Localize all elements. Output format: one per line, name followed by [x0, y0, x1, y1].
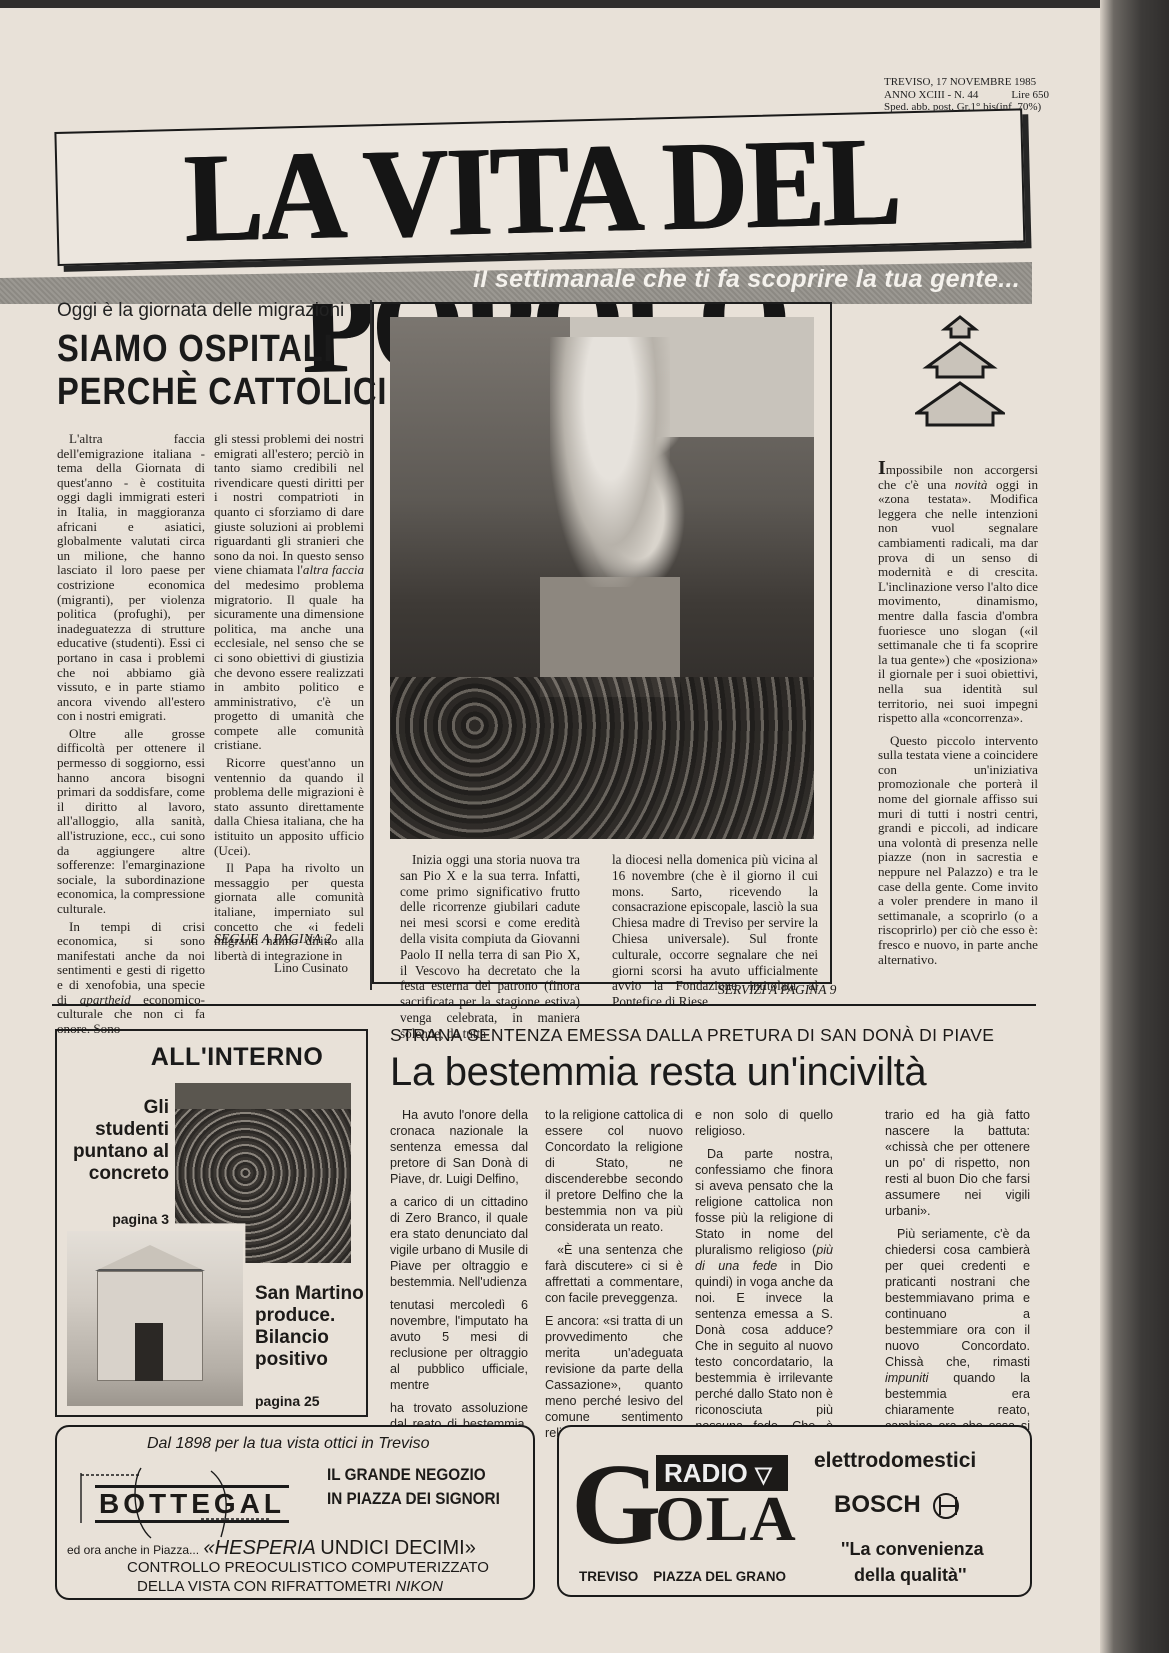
- continued-link[interactable]: SEGUE A PAGINA 2: [214, 932, 332, 948]
- statue-crowd-photo: [390, 317, 814, 839]
- lead-headline-line1: SIAMO OSPITALI: [57, 328, 324, 371]
- hesperia-line: ed ora anche in Piazza... «HESPERIA UNDI…: [67, 1537, 476, 1560]
- inside-item-page[interactable]: pagina 25: [255, 1393, 320, 1409]
- article-paragraph: Da parte nostra, confessiamo che finora …: [695, 1146, 833, 1450]
- author-byline: Lino Cusinato: [274, 960, 348, 976]
- masthead: LA VITA DEL POPOLO: [54, 96, 1026, 280]
- photo-crowd: [390, 677, 814, 839]
- article-paragraph: «È una sentenza che farà discutere» ci s…: [545, 1242, 683, 1306]
- article-paragraph: Ha avuto l'onore della cronaca nazionale…: [390, 1107, 528, 1187]
- service-line-1: CONTROLLO PREOCULISTICO COMPUTERIZZATO: [127, 1559, 489, 1576]
- masthead-frame: LA VITA DEL POPOLO: [54, 108, 1025, 266]
- bottegal-brand: BOTTEGAL: [95, 1485, 289, 1523]
- church-door: [135, 1323, 163, 1381]
- second-column-2: to la religione cattolica di essere col …: [545, 1107, 683, 1448]
- newspaper-title: LA VITA DEL POPOLO: [70, 112, 1013, 269]
- lead-paragraph: In tempi di crisi economica, si sono man…: [57, 920, 205, 1037]
- article-paragraph: a carico di un cittadino di Zero Branco,…: [390, 1194, 528, 1290]
- service-line-2: DELLA VISTA CON RIFRATTOMETRI NIKON: [137, 1578, 443, 1595]
- gola-address: TREVISO PIAZZA DEL GRANO: [579, 1569, 786, 1584]
- radio-gola-advert: G RADIO ▽ OLA TREVISO PIAZZA DEL GRANO e…: [557, 1425, 1032, 1597]
- article-paragraph: E ancora: «si tratta di un provvedimento…: [545, 1313, 683, 1441]
- lead-paragraph: L'altra faccia dell'emigrazione italiana…: [57, 432, 205, 724]
- lead-paragraph: Il Papa ha rivolto un messaggio per ques…: [214, 861, 364, 963]
- church-pediment: [95, 1245, 205, 1271]
- inside-item-page[interactable]: pagina 3: [69, 1211, 169, 1227]
- services-link[interactable]: SERVIZI A PAGINA 9: [718, 982, 836, 998]
- inside-item-san-martino[interactable]: San Martino produce. Bilancio positivo: [255, 1283, 365, 1371]
- second-kicker: STRANA SENTENZA EMESSA DALLA PRETURA DI …: [390, 1025, 994, 1046]
- lead-paragraph: Oltre alle grosse difficoltà per ottener…: [57, 727, 205, 917]
- ad-tagline: Dal 1898 per la tua vista ottici in Trev…: [147, 1435, 430, 1453]
- page-binding-shadow: [1100, 0, 1169, 1653]
- lead-column-2: gli stessi problemi dei nostri emigrati …: [214, 432, 364, 966]
- ad-category: elettrodomestici: [814, 1449, 976, 1473]
- lead-headline-line2: PERCHÈ CATTOLICI: [57, 371, 324, 414]
- issue-date: TREVISO, 17 NOVEMBRE 1985: [884, 76, 1036, 89]
- inside-item-students[interactable]: Gli studenti puntano al concreto: [69, 1097, 169, 1185]
- scan-top-edge: [0, 0, 1169, 8]
- photo-caption-col1: Inizia oggi una storia nuova tra san Pio…: [400, 852, 580, 1042]
- second-headline: La bestemmia resta un'inciviltà: [390, 1050, 926, 1095]
- lead-column-1: L'altra faccia dell'emigrazione italiana…: [57, 432, 205, 1039]
- article-paragraph: tenutasi mercoledì 6 novembre, l'imputat…: [390, 1297, 528, 1393]
- bosch-brand: BOSCH: [834, 1491, 959, 1519]
- store-line-2: IN PIAZZA DEI SIGNORI: [327, 1489, 500, 1509]
- inside-title: ALL'INTERNO: [132, 1043, 342, 1072]
- article-paragraph: trario ed ha già fatto nascere la battut…: [885, 1107, 1030, 1219]
- store-line-1: IL GRANDE NEGOZIO: [327, 1465, 486, 1485]
- church-photo: [67, 1231, 243, 1406]
- caption-text: Inizia oggi una storia nuova tra san Pio…: [400, 852, 580, 1042]
- bosch-logo-icon: [933, 1493, 959, 1519]
- note-paragraph: Questo piccolo intervento sulla testata …: [878, 734, 1038, 968]
- article-paragraph: e non solo di quello religioso.: [695, 1107, 833, 1139]
- photo-statue: [550, 337, 670, 587]
- stacked-up-arrows-icon: [915, 315, 1005, 427]
- lead-paragraph: gli stessi problemi dei nostri emigrati …: [214, 432, 364, 753]
- gola-logo-ola: OLA: [655, 1487, 797, 1551]
- second-column-4: trario ed ha già fatto nascere la battut…: [885, 1107, 1030, 1473]
- article-paragraph: to la religione cattolica di essere col …: [545, 1107, 683, 1235]
- lead-headline: SIAMO OSPITALI PERCHÈ CATTOLICI: [57, 328, 324, 414]
- gola-logo-g: G: [571, 1455, 661, 1555]
- ad-slogan-1: ''La convenienza: [841, 1539, 984, 1560]
- lead-kicker: Oggi è la giornata delle migrazioni: [57, 300, 344, 322]
- ad-slogan-2: della qualità'': [854, 1565, 967, 1586]
- note-paragraph: Impossibile non accorgersi che c'è una n…: [878, 461, 1038, 726]
- inside-contents-box: ALL'INTERNO Gli studenti puntano al conc…: [55, 1029, 368, 1417]
- optician-advert: Dal 1898 per la tua vista ottici in Trev…: [55, 1425, 535, 1600]
- column-divider: [370, 300, 372, 990]
- section-divider: [52, 1004, 1036, 1006]
- lead-paragraph: Ricorre quest'anno un ventennio da quand…: [214, 756, 364, 858]
- second-column-1: Ha avuto l'onore della cronaca nazionale…: [390, 1107, 528, 1455]
- second-column-3: e non solo di quello religioso. Da parte…: [695, 1107, 833, 1457]
- masthead-note: Impossibile non accorgersi che c'è una n…: [878, 461, 1038, 970]
